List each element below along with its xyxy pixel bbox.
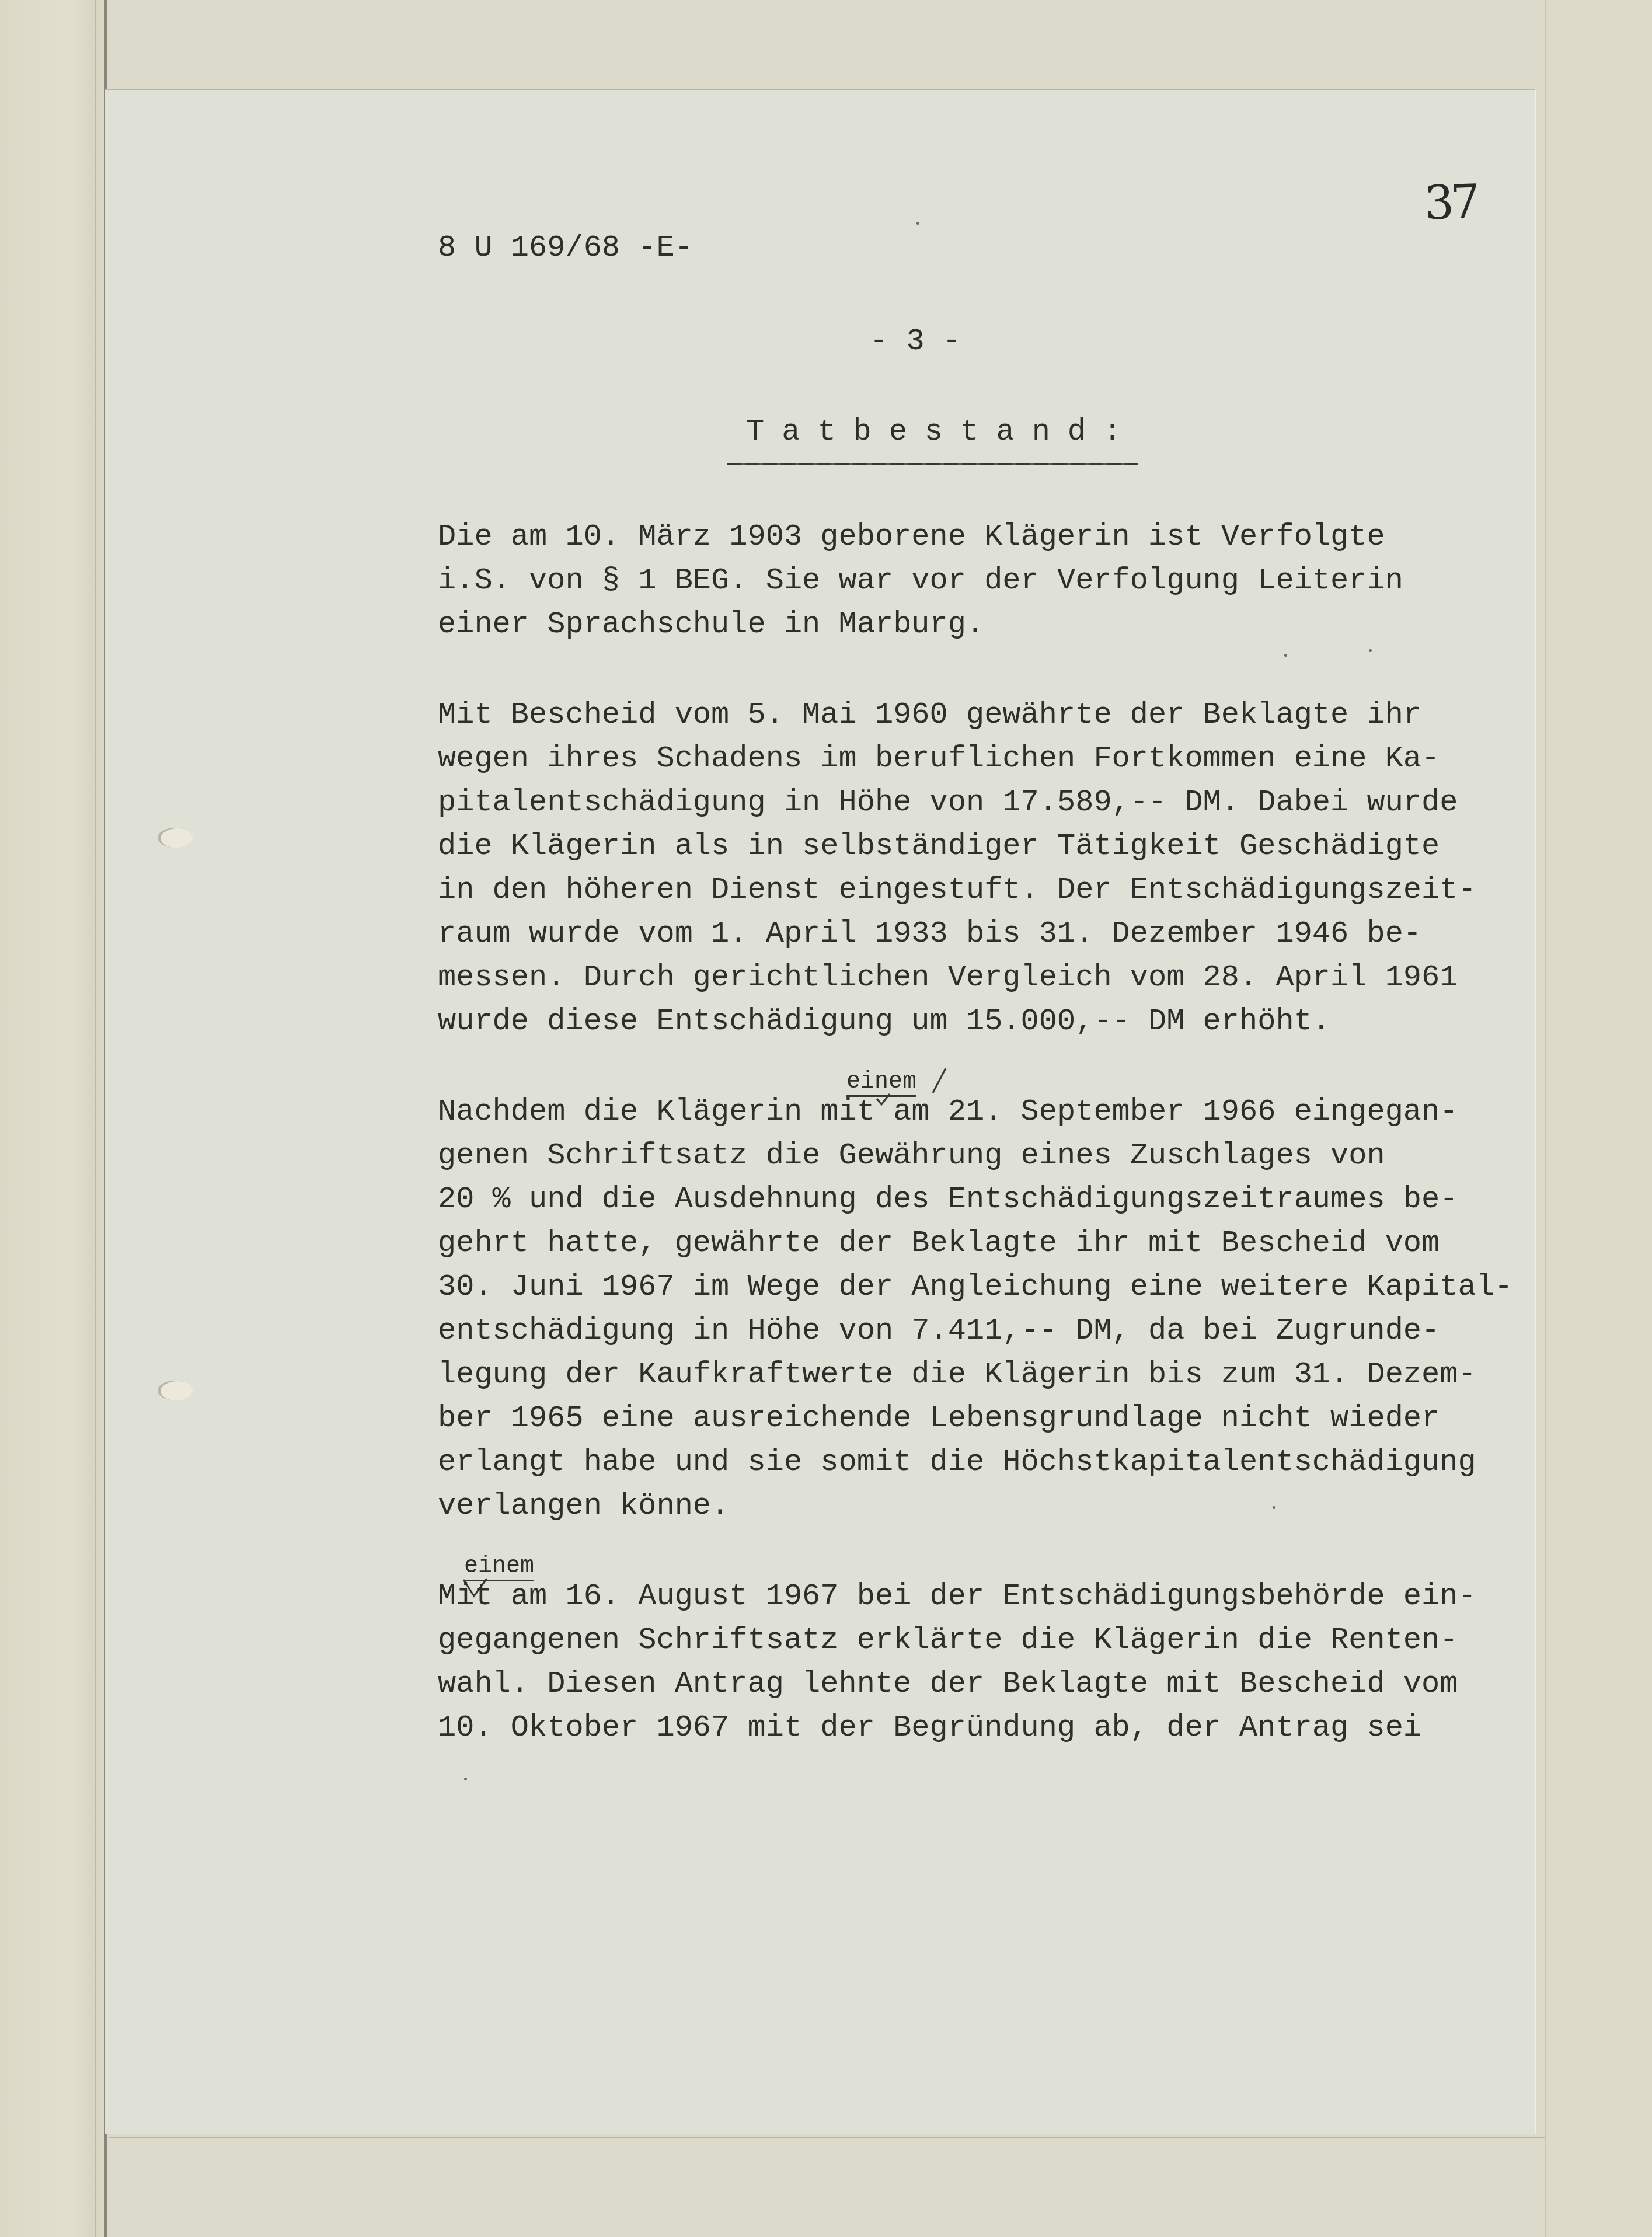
text-line: gegangenen Schriftsatz erklärte die Kläg… [438,1623,1458,1658]
heading-underline [727,463,1138,465]
paper-speck [916,222,919,225]
text-line: verlangen könne. [438,1489,729,1524]
case-number: 8 U 169/68 -E- [438,231,693,266]
paper-speck [1284,654,1287,657]
text-line: ber 1965 eine ausreichende Lebensgrundla… [438,1401,1440,1436]
text-line: raum wurde vom 1. April 1933 bis 31. Dez… [438,917,1421,952]
section-heading: Tatbestand: [746,414,1139,450]
text-line: genen Schriftsatz die Gewährung eines Zu… [438,1138,1385,1173]
handwritten-folio-number: 37 [1423,174,1477,230]
underlying-sheet-edge [109,2137,1545,2138]
text-line: 20 % und die Ausdehnung des Entschädigun… [438,1182,1458,1217]
paper-speck [1369,649,1372,652]
text-line: 30. Juni 1967 im Wege der Angleichung ei… [438,1270,1512,1305]
punch-hole-bottom [158,1381,193,1400]
text-line: erlangt habe und sie somit die Höchstkap… [438,1445,1476,1480]
text-line: Mit am 16. August 1967 bei der Entschädi… [438,1579,1476,1614]
text-line: wegen ihres Schadens im beruflichen Fort… [438,741,1440,776]
text-line: Mit Bescheid vom 5. Mai 1960 gewährte de… [438,698,1421,733]
paper-speck [464,1778,467,1780]
text-line: wahl. Diesen Antrag lehnte der Beklagte … [438,1667,1458,1702]
text-line: pitalentschädigung in Höhe von 17.589,--… [438,785,1458,820]
text-line: entschädigung in Höhe von 7.411,-- DM, d… [438,1313,1440,1349]
text-line: Die am 10. März 1903 geborene Klägerin i… [438,520,1385,555]
text-line: messen. Durch gerichtlichen Vergleich vo… [438,960,1458,995]
text-line: die Klägerin als in selbständiger Tätigk… [438,829,1440,864]
page-number: - 3 - [870,324,961,359]
text-line: gehrt hatte, gewährte der Beklagte ihr m… [438,1226,1440,1261]
text-line: legung der Kaufkraftwerte die Klägerin b… [438,1357,1476,1392]
text-line: i.S. von § 1 BEG. Sie war vor der Verfol… [438,563,1403,598]
text-line: wurde diese Entschädigung um 15.000,-- D… [438,1004,1330,1039]
binding-edge [95,0,96,2237]
text-line: Nachdem die Klägerin mit am 21. Septembe… [438,1095,1458,1130]
text-line: einer Sprachschule in Marburg. [438,607,984,642]
paper-speck [1273,1506,1275,1509]
text-line: in den höheren Dienst eingestuft. Der En… [438,873,1476,908]
punch-hole-top [158,828,193,848]
text-line: 10. Oktober 1967 mit der Begründung ab, … [438,1710,1421,1745]
